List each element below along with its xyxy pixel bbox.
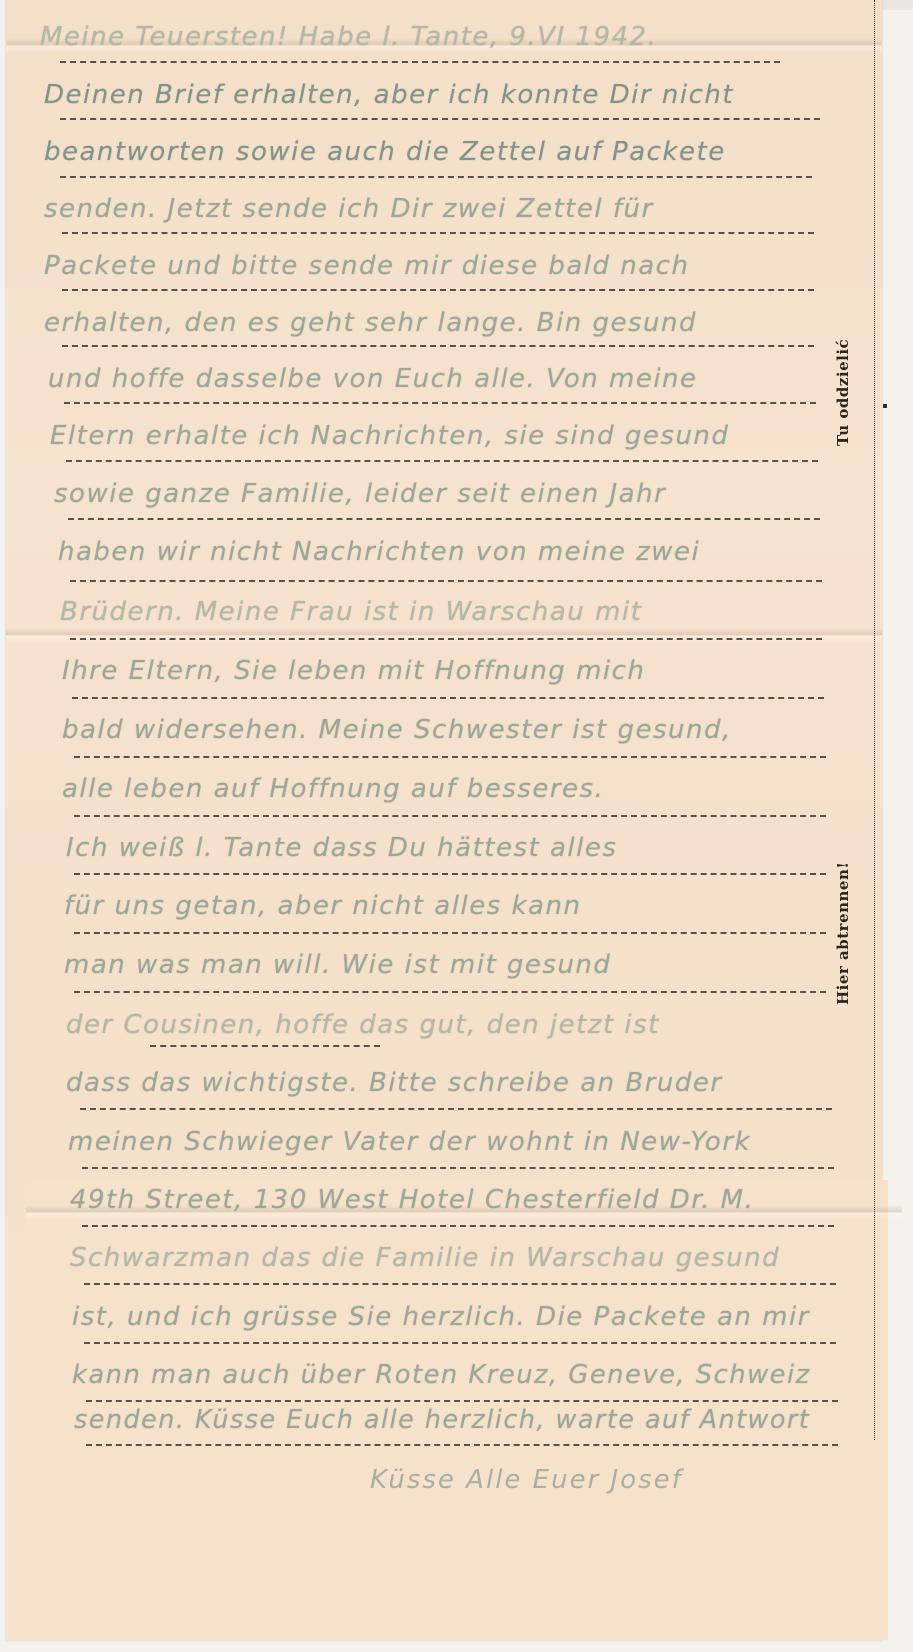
letter-line: alle leben auf Hoffnung auf besseres. bbox=[62, 774, 604, 804]
ruled-line bbox=[74, 815, 826, 817]
letter-line: Ihre Eltern, Sie leben mit Hoffnung mich bbox=[62, 656, 645, 686]
letter-line: dass das wichtigste. Bitte schreibe an B… bbox=[66, 1068, 723, 1098]
ruled-line bbox=[68, 518, 820, 520]
ruled-line bbox=[62, 232, 814, 234]
scan-margin bbox=[880, 0, 913, 10]
ruled-line bbox=[60, 176, 812, 178]
letter-line: erhalten, den es geht sehr lange. Bin ge… bbox=[44, 308, 697, 338]
stray-mark bbox=[883, 404, 887, 408]
signature: Küsse Alle Euer Josef bbox=[370, 1465, 683, 1495]
ruled-line bbox=[74, 873, 826, 875]
ruled-line bbox=[84, 1342, 836, 1344]
letter-line: Packete und bitte sende mir diese bald n… bbox=[44, 251, 689, 281]
ruled-line bbox=[70, 638, 822, 640]
letter-line: senden. Küsse Euch alle herzlich, warte … bbox=[74, 1405, 810, 1435]
ruled-line bbox=[74, 932, 826, 934]
ruled-line bbox=[86, 1400, 838, 1402]
tear-here-label-german: Hier abtrennen! bbox=[834, 862, 852, 1005]
letter-line: haben wir nicht Nachrichten von meine zw… bbox=[58, 537, 700, 567]
letter-line: Deinen Brief erhalten, aber ich konnte D… bbox=[44, 80, 734, 110]
ruled-line bbox=[64, 402, 816, 404]
letter-line: Eltern erhalte ich Nachrichten, sie sind… bbox=[50, 421, 729, 451]
letter-line: kann man auch über Roten Kreuz, Geneve, … bbox=[72, 1360, 811, 1390]
ruled-line bbox=[60, 61, 780, 63]
letter-line: für uns getan, aber nicht alles kann bbox=[64, 891, 581, 921]
letter-line: bald widersehen. Meine Schwester ist ges… bbox=[62, 715, 732, 745]
letter-line: man was man will. Wie ist mit gesund bbox=[64, 950, 611, 980]
ruled-line bbox=[82, 1167, 834, 1169]
letter-line: 49th Street, 130 West Hotel Chesterfield… bbox=[70, 1185, 754, 1215]
ruled-line bbox=[74, 991, 826, 993]
ruled-line bbox=[82, 1225, 834, 1227]
ruled-line bbox=[62, 345, 814, 347]
ruled-line bbox=[86, 1444, 838, 1446]
perforation-line bbox=[874, 0, 875, 1440]
letter-line: meinen Schwieger Vater der wohnt in New-… bbox=[68, 1127, 751, 1157]
letter-line: beantworten sowie auch die Zettel auf Pa… bbox=[44, 137, 726, 167]
ruled-line bbox=[70, 580, 822, 582]
ruled-line bbox=[80, 1108, 832, 1110]
letter-line: und hoffe dasselbe von Euch alle. Von me… bbox=[48, 364, 698, 394]
letter-line: Schwarzman das die Familie in Warschau g… bbox=[70, 1243, 780, 1273]
letter-line: sowie ganze Familie, leider seit einen J… bbox=[54, 479, 666, 509]
ruled-line bbox=[84, 1283, 836, 1285]
tear-here-label-polish: Tu oddzielić bbox=[834, 339, 852, 446]
letter-line: Ich weiß l. Tante dass Du hättest alles bbox=[66, 833, 617, 863]
ruled-line bbox=[66, 460, 818, 462]
letter-line: der Cousinen, hoffe das gut, den jetzt i… bbox=[66, 1010, 660, 1040]
letter-line-greeting: Meine Teuersten! Habe l. Tante, 9.VI 194… bbox=[40, 22, 657, 52]
ruled-line bbox=[62, 289, 814, 291]
ruled-line bbox=[74, 756, 826, 758]
ruled-line-partial bbox=[150, 1045, 380, 1047]
ruled-line bbox=[60, 118, 820, 120]
letter-line: Brüdern. Meine Frau ist in Warschau mit bbox=[60, 597, 642, 627]
letter-line: ist, und ich grüsse Sie herzlich. Die Pa… bbox=[72, 1302, 810, 1332]
letter-line: senden. Jetzt sende ich Dir zwei Zettel … bbox=[44, 194, 654, 224]
ruled-line bbox=[72, 697, 824, 699]
